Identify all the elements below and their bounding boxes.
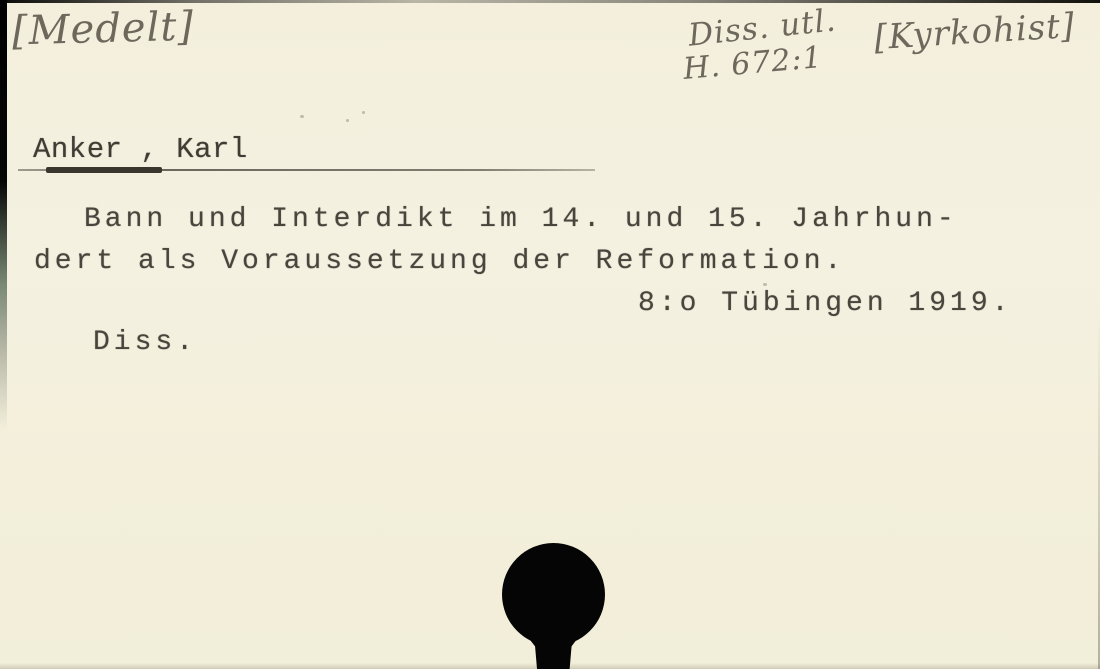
- scan-edge-top: [0, 0, 1100, 3]
- imprint-line: 8:o Tübingen 1919.: [638, 288, 1012, 319]
- catalog-card-scan: [Medelt] Diss. utl. H. 672:1 [Kyrkohist]…: [0, 0, 1100, 669]
- author-heading: Anker , Karl: [33, 133, 248, 166]
- handwritten-subject-note: [Medelt]: [11, 4, 194, 55]
- scan-speckle: [300, 115, 304, 118]
- scan-speckle: [362, 111, 365, 114]
- scan-edge-left: [0, 0, 7, 430]
- dissertation-note: Diss.: [93, 327, 197, 358]
- heading-underline-thick: [46, 167, 162, 173]
- title-line-1: Bann und Interdikt im 14. und 15. Jahrhu…: [84, 204, 958, 235]
- title-line-2: dert als Voraussetzung der Reformation.: [34, 246, 845, 277]
- scan-speckle: [763, 283, 767, 286]
- scan-speckle: [346, 119, 349, 122]
